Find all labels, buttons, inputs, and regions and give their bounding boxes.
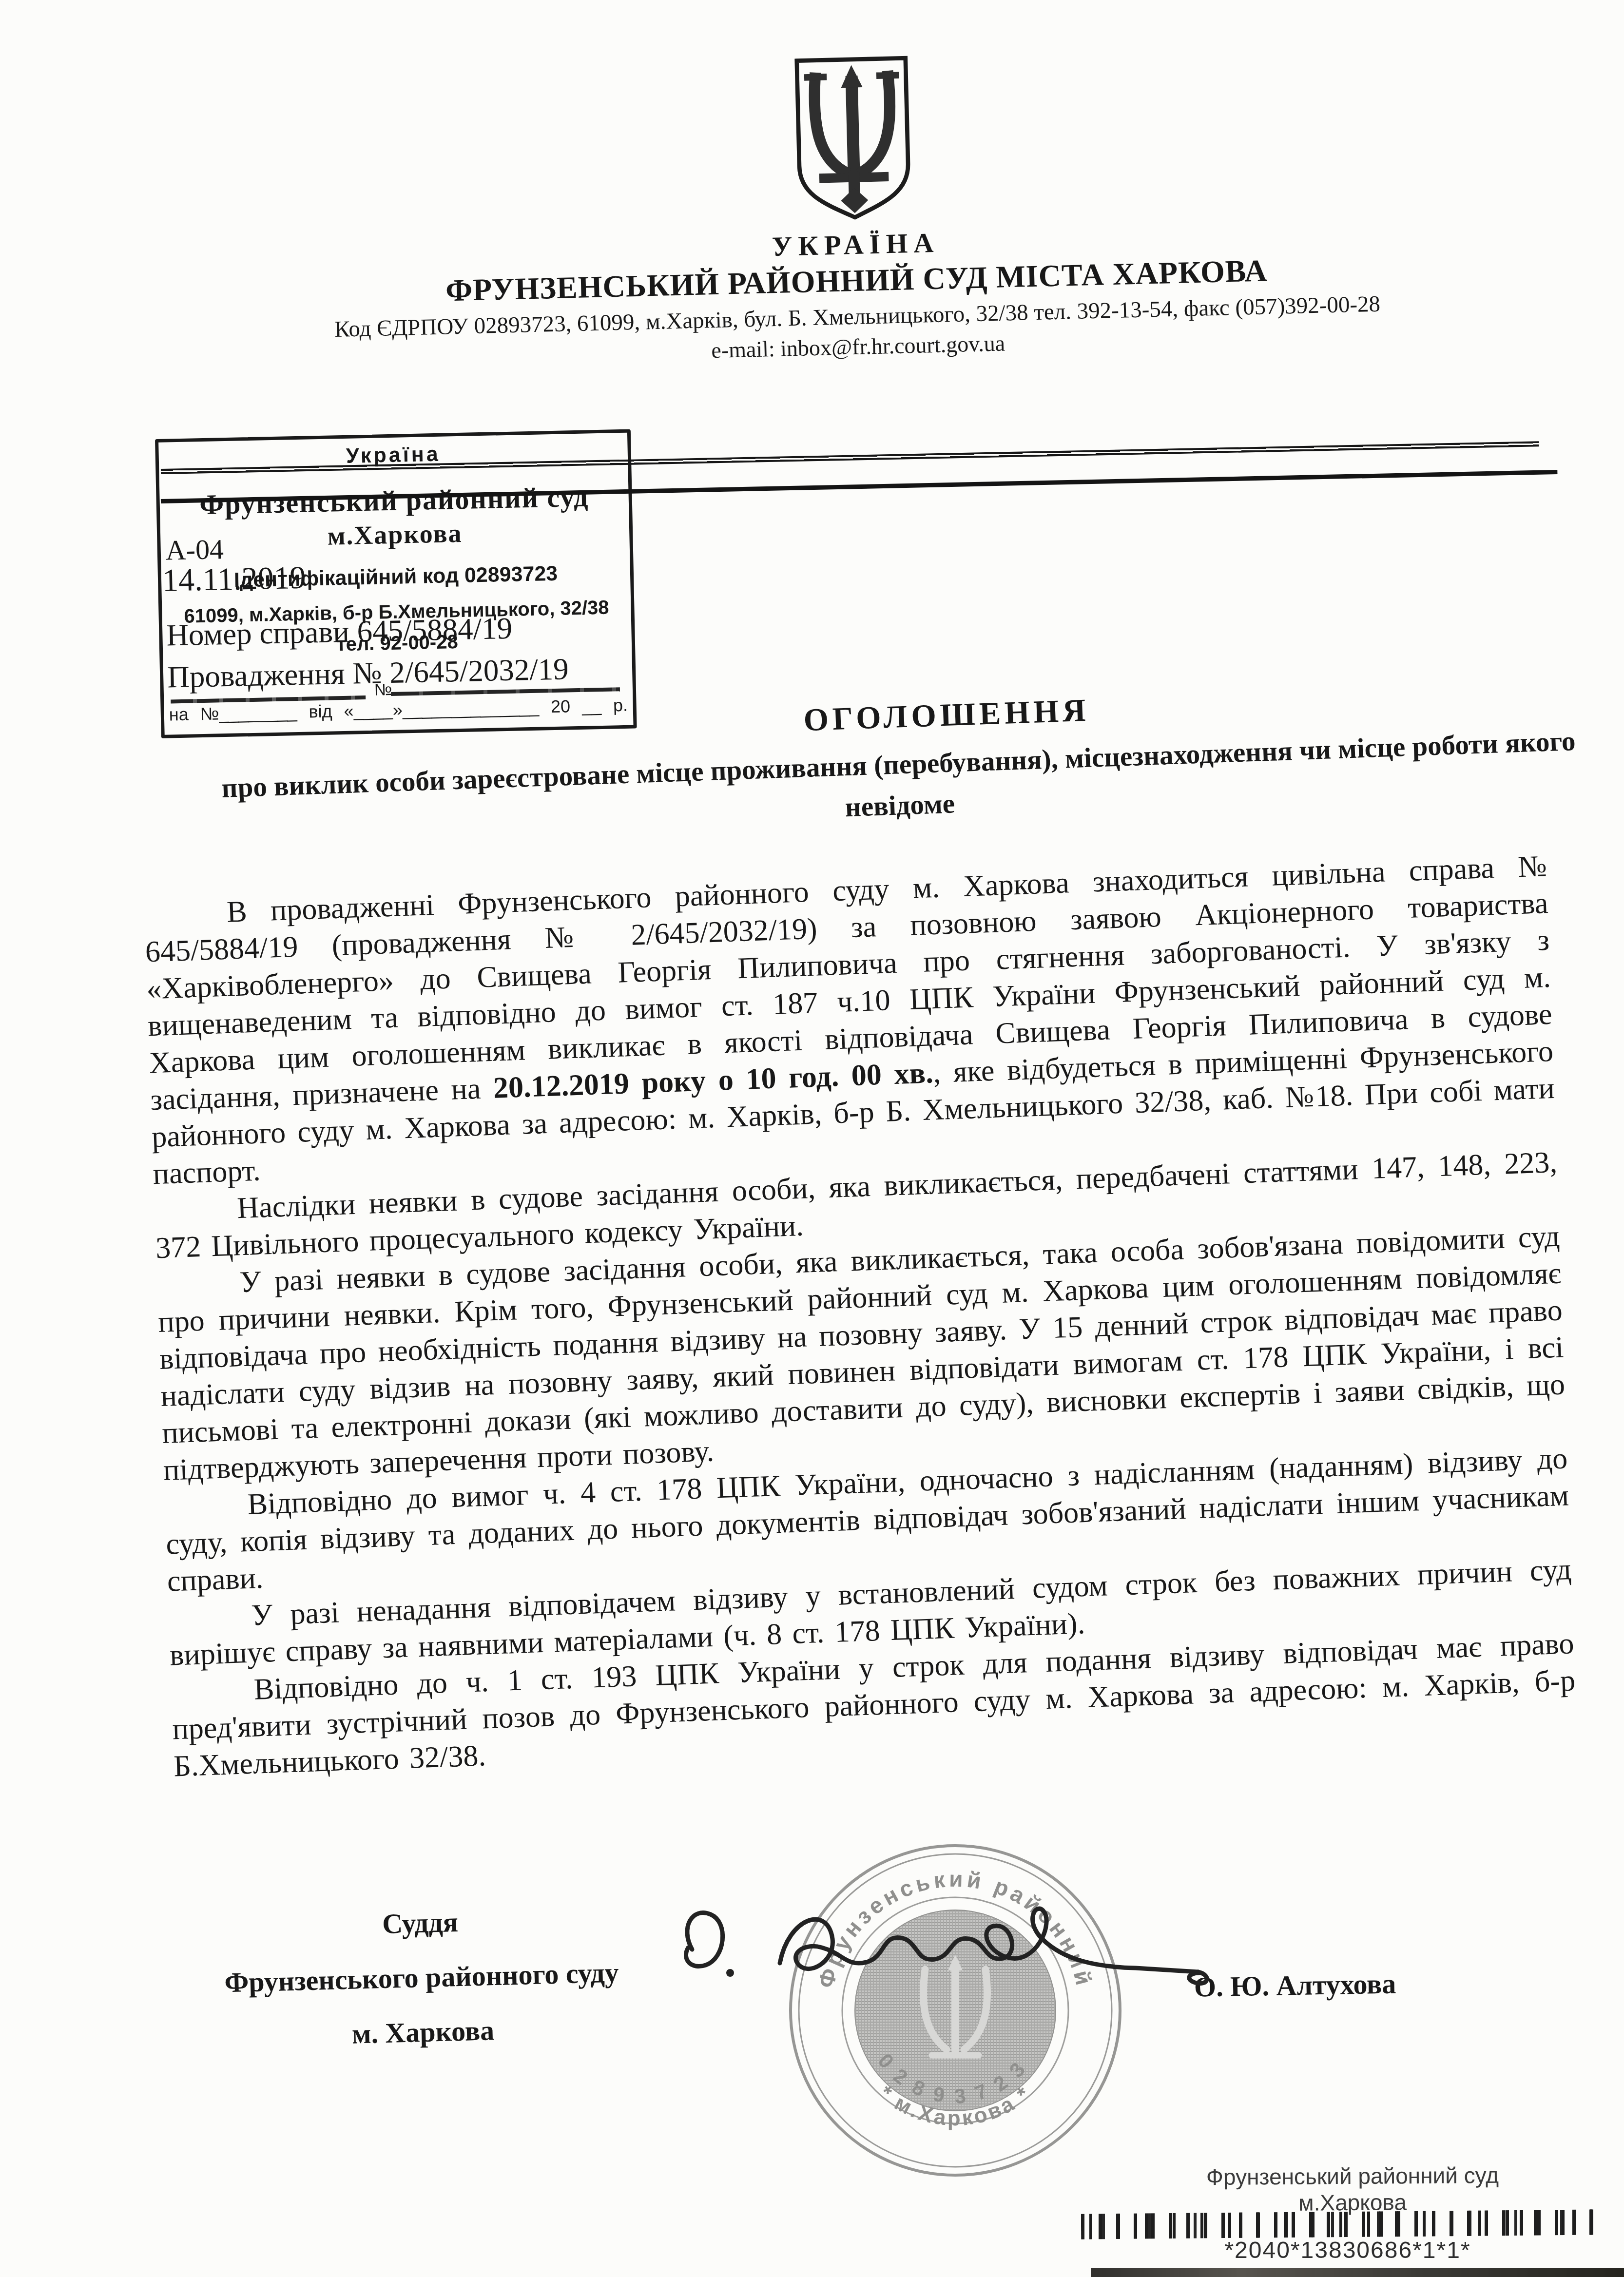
scanned-court-document: УКРАЇНА ФРУНЗЕНСЬКИЙ РАЙОННИЙ СУД МІСТА … xyxy=(0,0,1624,2277)
stamp-numero-sign: № xyxy=(374,680,392,700)
coat-of-arms-icon xyxy=(790,53,916,223)
judge-signature-icon xyxy=(634,1876,1248,2013)
announcement: ОГОЛОШЕННЯ про виклик особи зареєстрован… xyxy=(137,675,1577,1785)
stamp-city: м.Харкова xyxy=(160,515,630,555)
letterhead: УКРАЇНА ФРУНЗЕНСЬКИЙ РАЙОННИЙ СУД МІСТА … xyxy=(39,35,1624,379)
stamp-case-number: Номер справи 645/5884/19 xyxy=(166,611,513,654)
barcode-label-court: Фрунзенський районний суд xyxy=(1121,2161,1584,2191)
registration-stamp: Україна Фрунзенський районний суд м.Харк… xyxy=(155,429,637,738)
body-paragraph: В провадженні Фрунзенського районного су… xyxy=(143,848,1556,1193)
barcode-number: *2040*13830686*1*1* xyxy=(1116,2237,1579,2264)
announcement-body: В провадженні Фрунзенського районного су… xyxy=(143,848,1577,1785)
scan-artifact-strip xyxy=(1091,2268,1624,2277)
stamp-date-received: 14.11.2019 xyxy=(162,560,306,599)
judge-title-block: Суддя Фрунзенського районного суду м. Ха… xyxy=(188,1890,655,2066)
barcode-icon xyxy=(1081,2209,1604,2239)
